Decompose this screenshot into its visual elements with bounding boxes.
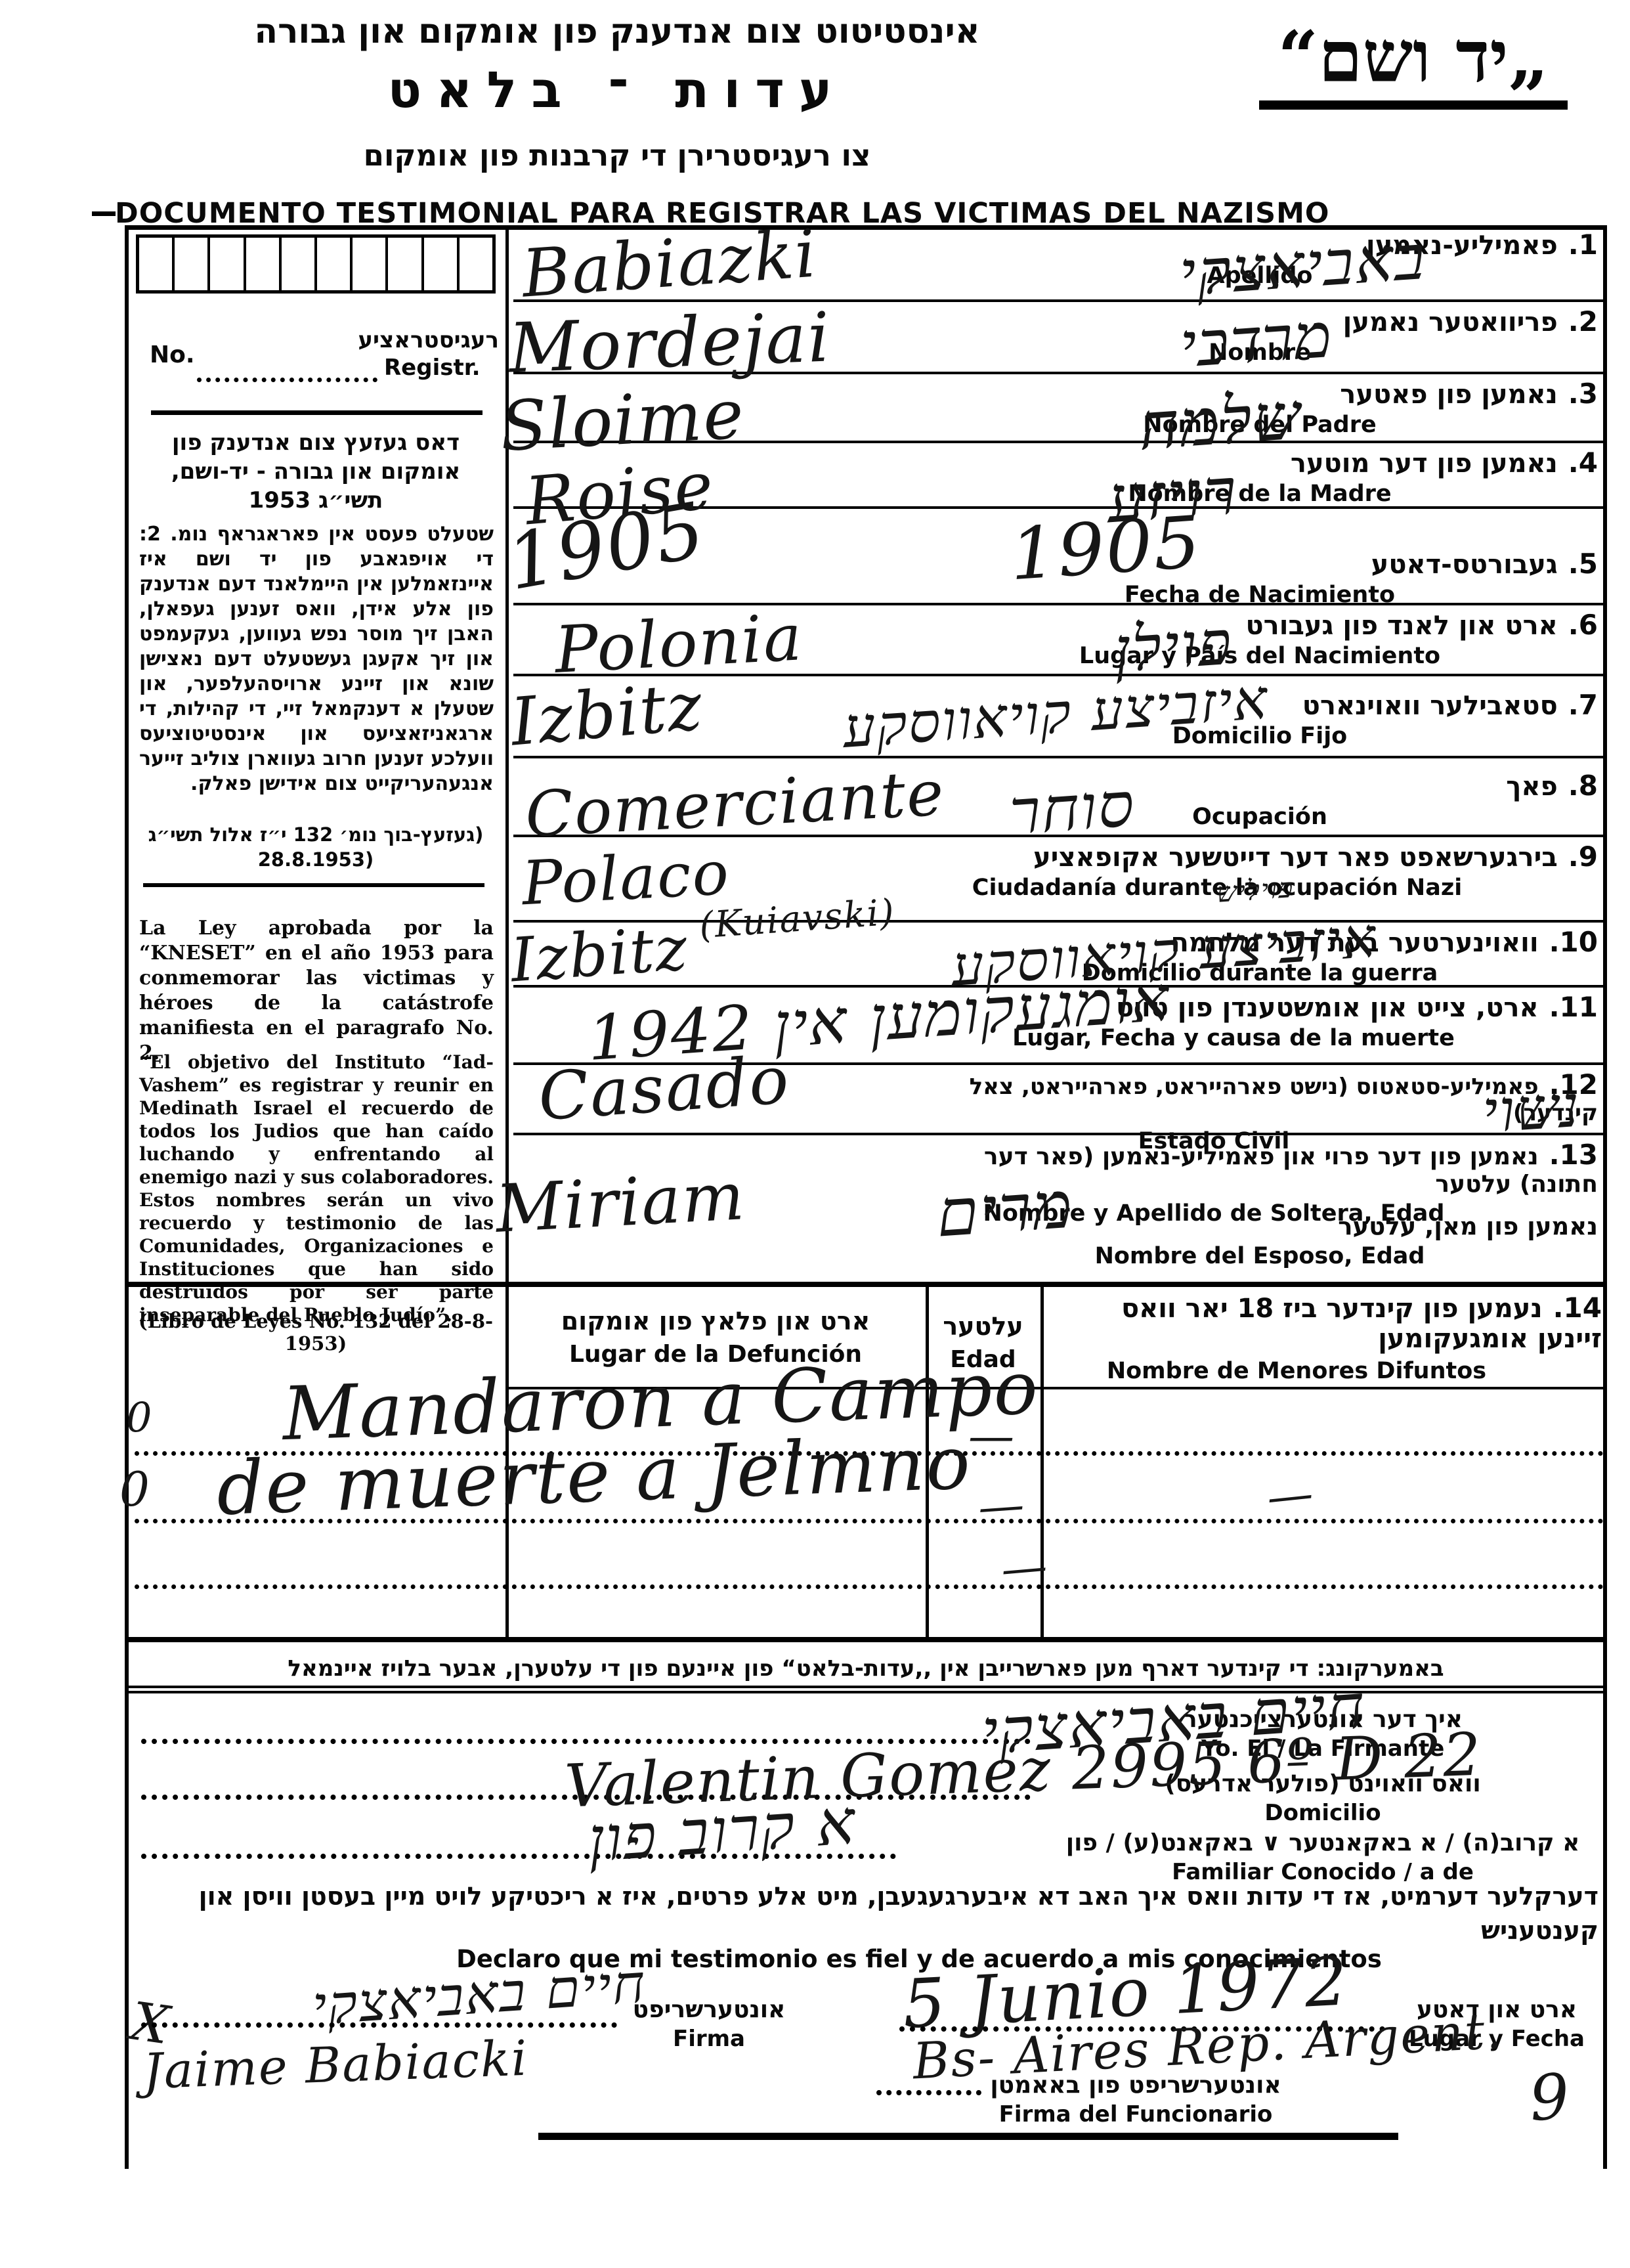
- title-dash-artifact: [92, 211, 116, 216]
- official-label-yiddish: אונטערשריפט פון באאמטן: [981, 2072, 1290, 2099]
- field-label-yiddish: בירגערשאפט פאר דער דייטשער אקופאציע: [1033, 842, 1558, 873]
- field-number: 14.: [1553, 1292, 1602, 1324]
- field-label-yiddish: נאמען פון פאטער: [1340, 380, 1558, 410]
- field-number: 7.: [1568, 689, 1598, 721]
- table-top-border: [125, 1282, 1607, 1287]
- field-number: 5.: [1568, 548, 1598, 580]
- field-number: 4.: [1568, 447, 1598, 479]
- field-label-spanish: Nombre de Menores Difuntos: [1050, 1358, 1602, 1384]
- field-label-yiddish: געבורטס-דאטע: [1371, 550, 1558, 580]
- handwritten-dash-mark: —: [977, 1481, 1027, 1531]
- yad-vashem-logo: „יד ושם“: [1259, 18, 1568, 110]
- table-header-lugar-yiddish: ארט און פלאץ פון אומקום: [519, 1307, 912, 1336]
- handwritten-ciudadania: Polaco: [521, 843, 731, 914]
- handwritten-dash-mark: —: [999, 1542, 1050, 1592]
- field-row-menores-difuntos: 14.נעמען פון קינדער ביז 18 יאר וואס זיינ…: [1050, 1292, 1602, 1384]
- field-label-yiddish: סטאבילער וואוינארט: [1302, 691, 1558, 721]
- declaration-yiddish: דערקלער דערמיט, אז די עדות וואס איך האב …: [158, 1879, 1598, 1948]
- handwritten-circle-mark: 0: [126, 1397, 153, 1438]
- familiar-label: א קרוב(ה) / א באקאנטער ∨ באקאנט(ע) / פון…: [1044, 1829, 1602, 1885]
- handwritten-dash-mark: —: [1265, 1470, 1317, 1520]
- registration-no-blank: [197, 378, 377, 382]
- domicilio-label-spanish: Domicilio: [1044, 1800, 1602, 1826]
- field-number: 6.: [1568, 609, 1598, 641]
- field-label-spanish: Lugar y País del Nacimiento: [994, 643, 1598, 669]
- handwritten-soltera-hebrew: מרים: [933, 1172, 1079, 1247]
- field-label-yiddish: ארט, צייט און אומשטענדן פון טויט: [1116, 993, 1539, 1023]
- handwritten-soltera: Miriam: [494, 1164, 747, 1242]
- law-reference-spanish: (Libro de Leyes No. 132 del 28-8-1953): [136, 1310, 496, 1355]
- field-number: 9.: [1568, 840, 1598, 873]
- remark-row: באמערקונג: די קינדער דארף מען פארשרייבן …: [125, 1637, 1607, 1693]
- esposo-label-yiddish: נאמען פון מאן, עלטער: [1338, 1212, 1598, 1240]
- handwritten-dash-mark: —: [968, 1413, 1016, 1459]
- field-label-spanish: Nombre de la Madre: [994, 481, 1598, 507]
- handwritten-padre-hebrew: שלמה: [1136, 383, 1307, 460]
- handwritten-ciudadania-hebrew: פויליש: [1215, 874, 1297, 907]
- field-label-yiddish: פריוואטער נאמען: [1343, 307, 1558, 338]
- firma-line: [141, 2022, 617, 2028]
- sidebar-rule-2: [143, 883, 484, 887]
- field-label-yiddish: ארט און לאנד פון געבורט: [1246, 611, 1558, 641]
- handwritten-nombre: Mordejai: [507, 303, 832, 382]
- field-number: 2.: [1568, 305, 1598, 338]
- handwritten-domicilio-fijo: Izbitz: [508, 673, 706, 755]
- firma-label-spanish: Firma: [617, 2026, 801, 2052]
- law-heading-yiddish: דאס געזעץ צום אנדענק פון אומקום און גבור…: [136, 428, 496, 515]
- official-signature-label: אונטערשריפט פון באאמטן Firma del Funcion…: [981, 2072, 1290, 2127]
- esposo-label-spanish: Nombre del Esposo, Edad: [994, 1243, 1598, 1269]
- handwritten-nombre-hebrew: מרדכי: [1176, 305, 1338, 378]
- registration-no-label: No.: [150, 341, 195, 368]
- field-number: 10.: [1549, 926, 1598, 958]
- field-label-yiddish: פאך: [1506, 772, 1558, 802]
- official-signature-line: [876, 2090, 981, 2095]
- testimony-document-page: „יד ושם“ אינסטיטוט צום אנדענק פון אומקום…: [0, 0, 1630, 2268]
- form-subtitle-yiddish: צו רעגיסטרירן די קרבנות פון אומקום: [217, 138, 1018, 173]
- registration-number-boxes: [136, 234, 496, 294]
- table-row-line: [135, 1584, 1604, 1589]
- field-number: 8.: [1568, 770, 1598, 802]
- firma-label-yiddish: אונטערשריפט: [617, 1996, 801, 2023]
- field-label-yiddish: נאמען פון דער מוטער: [1291, 448, 1558, 479]
- handwritten-familiar: א קרוב פון: [585, 1791, 862, 1872]
- handwritten-circle-mark: 0: [119, 1466, 151, 1513]
- field-number: 3.: [1568, 378, 1598, 410]
- firma-label: אונטערשריפט Firma: [617, 1996, 801, 2052]
- field-number: 1.: [1568, 229, 1598, 261]
- bottom-border-line: [538, 2133, 1398, 2140]
- law-text-spanish-1: La Ley aprobada por la “KNESET” en el añ…: [139, 916, 494, 1066]
- handwritten-domicilio-guerra: Izbitz: [509, 919, 690, 992]
- handwritten-apellido-hebrew: באביאצקי: [1176, 227, 1432, 306]
- institute-name: אינסטיטוט צום אנדענק פון אומקום און גבור…: [217, 12, 1018, 51]
- registr-label: Registr.: [384, 355, 496, 381]
- handwritten-page-number: 9: [1528, 2066, 1573, 2131]
- handwritten-estado-civil-hebrew: נשוי: [1479, 1077, 1585, 1143]
- field-number: 13.: [1549, 1139, 1598, 1171]
- handwritten-signature-latin: Jaime Babiacki: [142, 2034, 529, 2096]
- registr-label-yiddish: רעגיסטראציע: [368, 327, 499, 353]
- law-text-yiddish: שטעלט פעסט אין פאראגראף נומ. 2: די אויפג…: [139, 522, 494, 796]
- form-name-yiddish: עדות ־ בלאט: [217, 60, 1018, 119]
- field-label-yiddish: נעמען פון קינדער ביז 18 יאר וואס זיינען …: [1121, 1294, 1602, 1354]
- field-number: 11.: [1549, 991, 1598, 1023]
- familiar-label-yiddish: א קרוב(ה) / א באקאנטער ∨ באקאנט(ע) / פון: [1044, 1829, 1602, 1856]
- handwritten-ocupacion-hebrew: סוחר: [1006, 774, 1140, 845]
- handwritten-fecha-hebrew: 1905: [1004, 506, 1206, 591]
- handwritten-apellido: Babiazki: [520, 221, 819, 307]
- law-reference-yiddish: (געזעץ-בוך נומ׳ 132 י״ז אלול תשי״ג (28.8…: [136, 822, 496, 872]
- table-header-edad-yiddish: עלטער: [929, 1312, 1037, 1341]
- sidebar-rule: [151, 410, 483, 415]
- official-label-spanish: Firma del Funcionario: [981, 2101, 1290, 2127]
